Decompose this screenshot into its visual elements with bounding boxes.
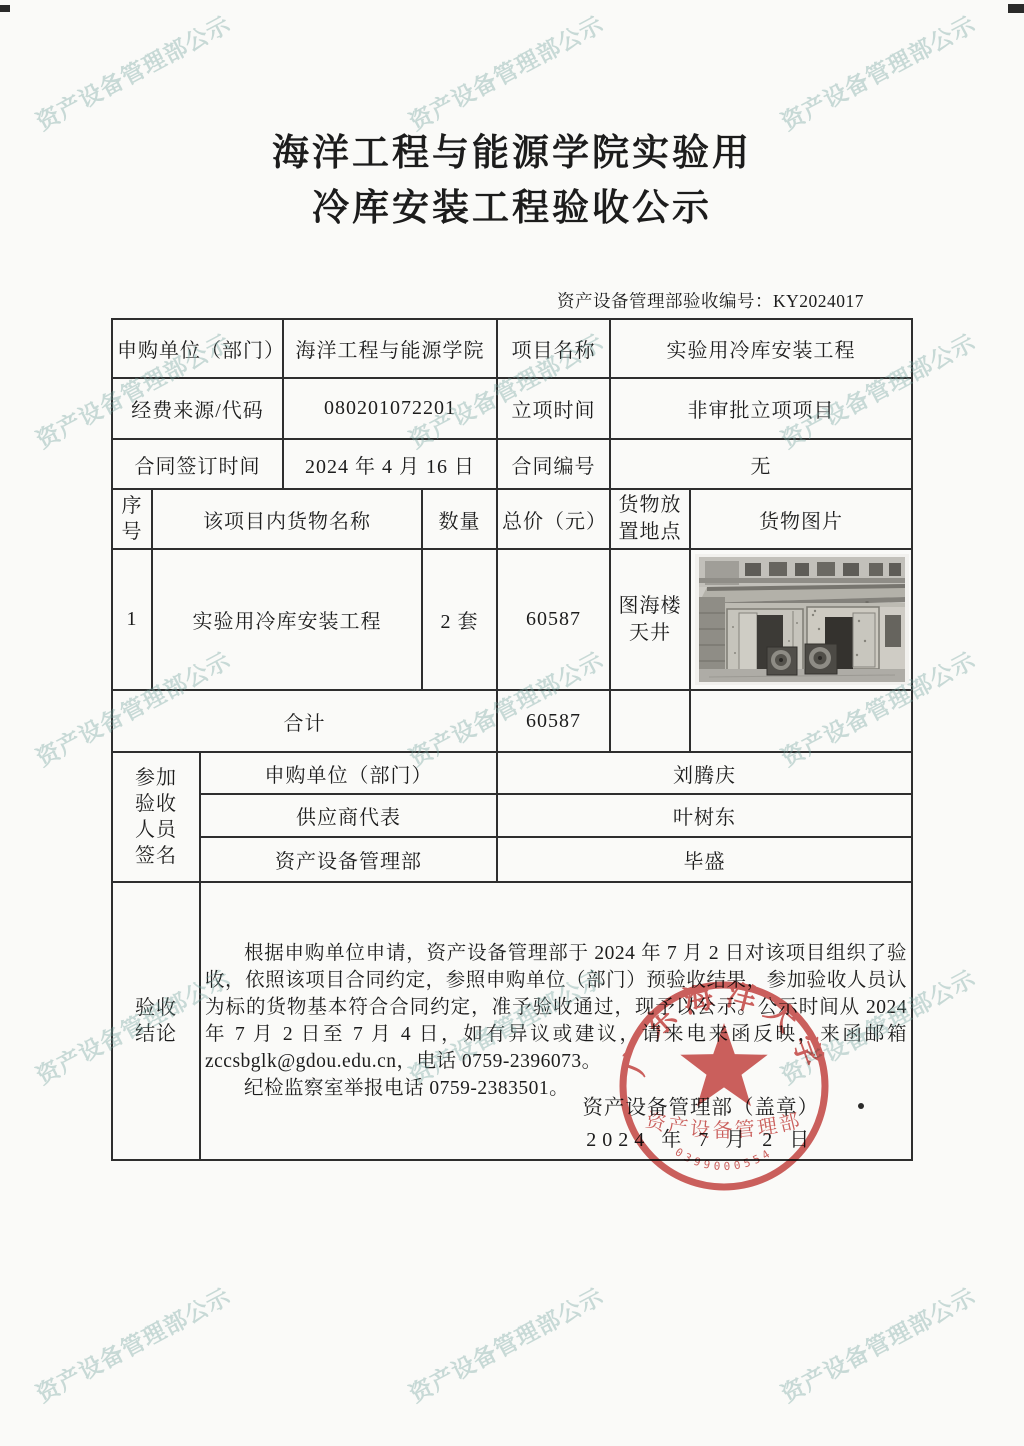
signer-role: 供应商代表 xyxy=(200,794,497,837)
label-contract-number: 合同编号 xyxy=(497,439,610,489)
watermark-text: 资产设备管理部公示 xyxy=(775,1278,981,1409)
goods-location-line1: 图海楼 xyxy=(619,595,682,617)
signer-row: 资产设备管理部 毕盛 xyxy=(112,837,912,882)
goods-photo-image xyxy=(699,557,905,682)
conclusion-label-line: 结论 xyxy=(117,1021,195,1047)
watermark-text: 资产设备管理部公示 xyxy=(403,1278,609,1409)
acceptance-ref-line: 资产设备管理部验收编号：KY2024017 xyxy=(557,288,864,313)
condenser-unit-left xyxy=(767,647,797,675)
signers-label-line: 参加 xyxy=(117,765,195,791)
value-contract-date: 2024 年 4 月 16 日 xyxy=(283,439,497,489)
goods-price: 60587 xyxy=(497,549,610,690)
signers-group-label: 参加 验收 人员 签名 xyxy=(112,752,200,882)
label-contract-date: 合同签订时间 xyxy=(112,439,283,489)
total-row: 合计 60587 xyxy=(112,690,912,752)
condenser-unit-right xyxy=(805,644,837,674)
signers-label-line: 验收 xyxy=(117,791,195,817)
signer-name: 叶树东 xyxy=(497,794,912,837)
conclusion-label: 验收 结论 xyxy=(112,882,200,1160)
conclusion-paragraph-1: 根据申购单位申请，资产设备管理部于 2024 年 7 月 2 日对该项目组织了验… xyxy=(205,940,907,1075)
signers-label-line: 人员 xyxy=(117,817,195,843)
page-title-line2: 冷库安装工程验收公示 xyxy=(312,188,712,229)
goods-data-row: 1 实验用冷库安装工程 2 套 60587 图海楼 天井 xyxy=(112,549,912,690)
signature-org: 资产设备管理部（盖章） xyxy=(583,1092,820,1124)
col-header-seq: 序号 xyxy=(112,489,152,549)
goods-header-row: 序号 该项目内货物名称 数量 总价（元） 货物放置地点 货物图片 xyxy=(112,489,912,549)
value-funding-code: 080201072201 xyxy=(283,378,497,439)
goods-seq: 1 xyxy=(112,549,152,690)
goods-location-line2: 天井 xyxy=(629,622,671,644)
signer-name: 毕盛 xyxy=(497,837,912,882)
total-label: 合计 xyxy=(112,690,497,752)
scan-artifact xyxy=(858,1103,864,1109)
signer-row: 参加 验收 人员 签名 申购单位（部门） 刘腾庆 xyxy=(112,752,912,794)
goods-location: 图海楼 天井 xyxy=(610,549,690,690)
empty-cell xyxy=(690,690,912,752)
scan-artifact xyxy=(0,5,10,12)
table-row: 申购单位（部门） 海洋工程与能源学院 项目名称 实验用冷库安装工程 xyxy=(112,319,912,378)
col-header-qty: 数量 xyxy=(422,489,497,549)
page-title-line1: 海洋工程与能源学院实验用 xyxy=(272,133,752,174)
watermark-text: 资产设备管理部公示 xyxy=(775,6,981,137)
label-project-name: 项目名称 xyxy=(497,319,610,378)
acceptance-table: 申购单位（部门） 海洋工程与能源学院 项目名称 实验用冷库安装工程 经费来源/代… xyxy=(111,318,913,1161)
goods-qty: 2 套 xyxy=(422,549,497,690)
col-header-goods-name: 该项目内货物名称 xyxy=(152,489,422,549)
table-row: 合同签订时间 2024 年 4 月 16 日 合同编号 无 xyxy=(112,439,912,489)
signer-role: 资产设备管理部 xyxy=(200,837,497,882)
label-purchasing-unit: 申购单位（部门） xyxy=(112,319,283,378)
empty-cell xyxy=(610,690,690,752)
signature-block: 资产设备管理部（盖章） 2024 年 7 月 2 日 xyxy=(583,1092,820,1157)
signers-label-line: 签名 xyxy=(117,843,195,869)
total-price: 60587 xyxy=(497,690,610,752)
goods-photo-cell xyxy=(690,549,912,690)
watermark-text: 资产设备管理部公示 xyxy=(30,6,236,137)
conclusion-row: 验收 结论 根据申购单位申请，资产设备管理部于 2024 年 7 月 2 日对该… xyxy=(112,882,912,1160)
value-purchasing-unit: 海洋工程与能源学院 xyxy=(283,319,497,378)
value-project-name: 实验用冷库安装工程 xyxy=(610,319,912,378)
col-header-price: 总价（元） xyxy=(497,489,610,549)
goods-name: 实验用冷库安装工程 xyxy=(152,549,422,690)
signer-row: 供应商代表 叶树东 xyxy=(112,794,912,837)
value-contract-number: 无 xyxy=(610,439,912,489)
goods-photo xyxy=(695,554,909,685)
acceptance-ref-label: 资产设备管理部验收编号： xyxy=(557,291,773,311)
value-approval-time: 非审批立项项目 xyxy=(610,378,912,439)
conclusion-content: 根据申购单位申请，资产设备管理部于 2024 年 7 月 2 日对该项目组织了验… xyxy=(200,882,912,1160)
signature-date: 2024 年 7 月 2 日 xyxy=(583,1124,820,1157)
page-title: 海洋工程与能源学院实验用 冷库安装工程验收公示 xyxy=(0,126,1024,236)
conclusion-label-line: 验收 xyxy=(117,995,195,1021)
scanned-notice-page: 资产设备管理部公示 资产设备管理部公示 资产设备管理部公示 资产设备管理部公示 … xyxy=(0,0,1024,1446)
scan-artifact xyxy=(1008,4,1024,13)
col-header-location: 货物放置地点 xyxy=(610,489,690,549)
signer-role: 申购单位（部门） xyxy=(200,752,497,794)
acceptance-ref-number: KY2024017 xyxy=(773,291,864,311)
watermark-text: 资产设备管理部公示 xyxy=(403,6,609,137)
label-funding-source: 经费来源/代码 xyxy=(112,378,283,439)
signer-name: 刘腾庆 xyxy=(497,752,912,794)
col-header-photo: 货物图片 xyxy=(690,489,912,549)
watermark-text: 资产设备管理部公示 xyxy=(30,1278,236,1409)
table-row: 经费来源/代码 080201072201 立项时间 非审批立项项目 xyxy=(112,378,912,439)
label-approval-time: 立项时间 xyxy=(497,378,610,439)
